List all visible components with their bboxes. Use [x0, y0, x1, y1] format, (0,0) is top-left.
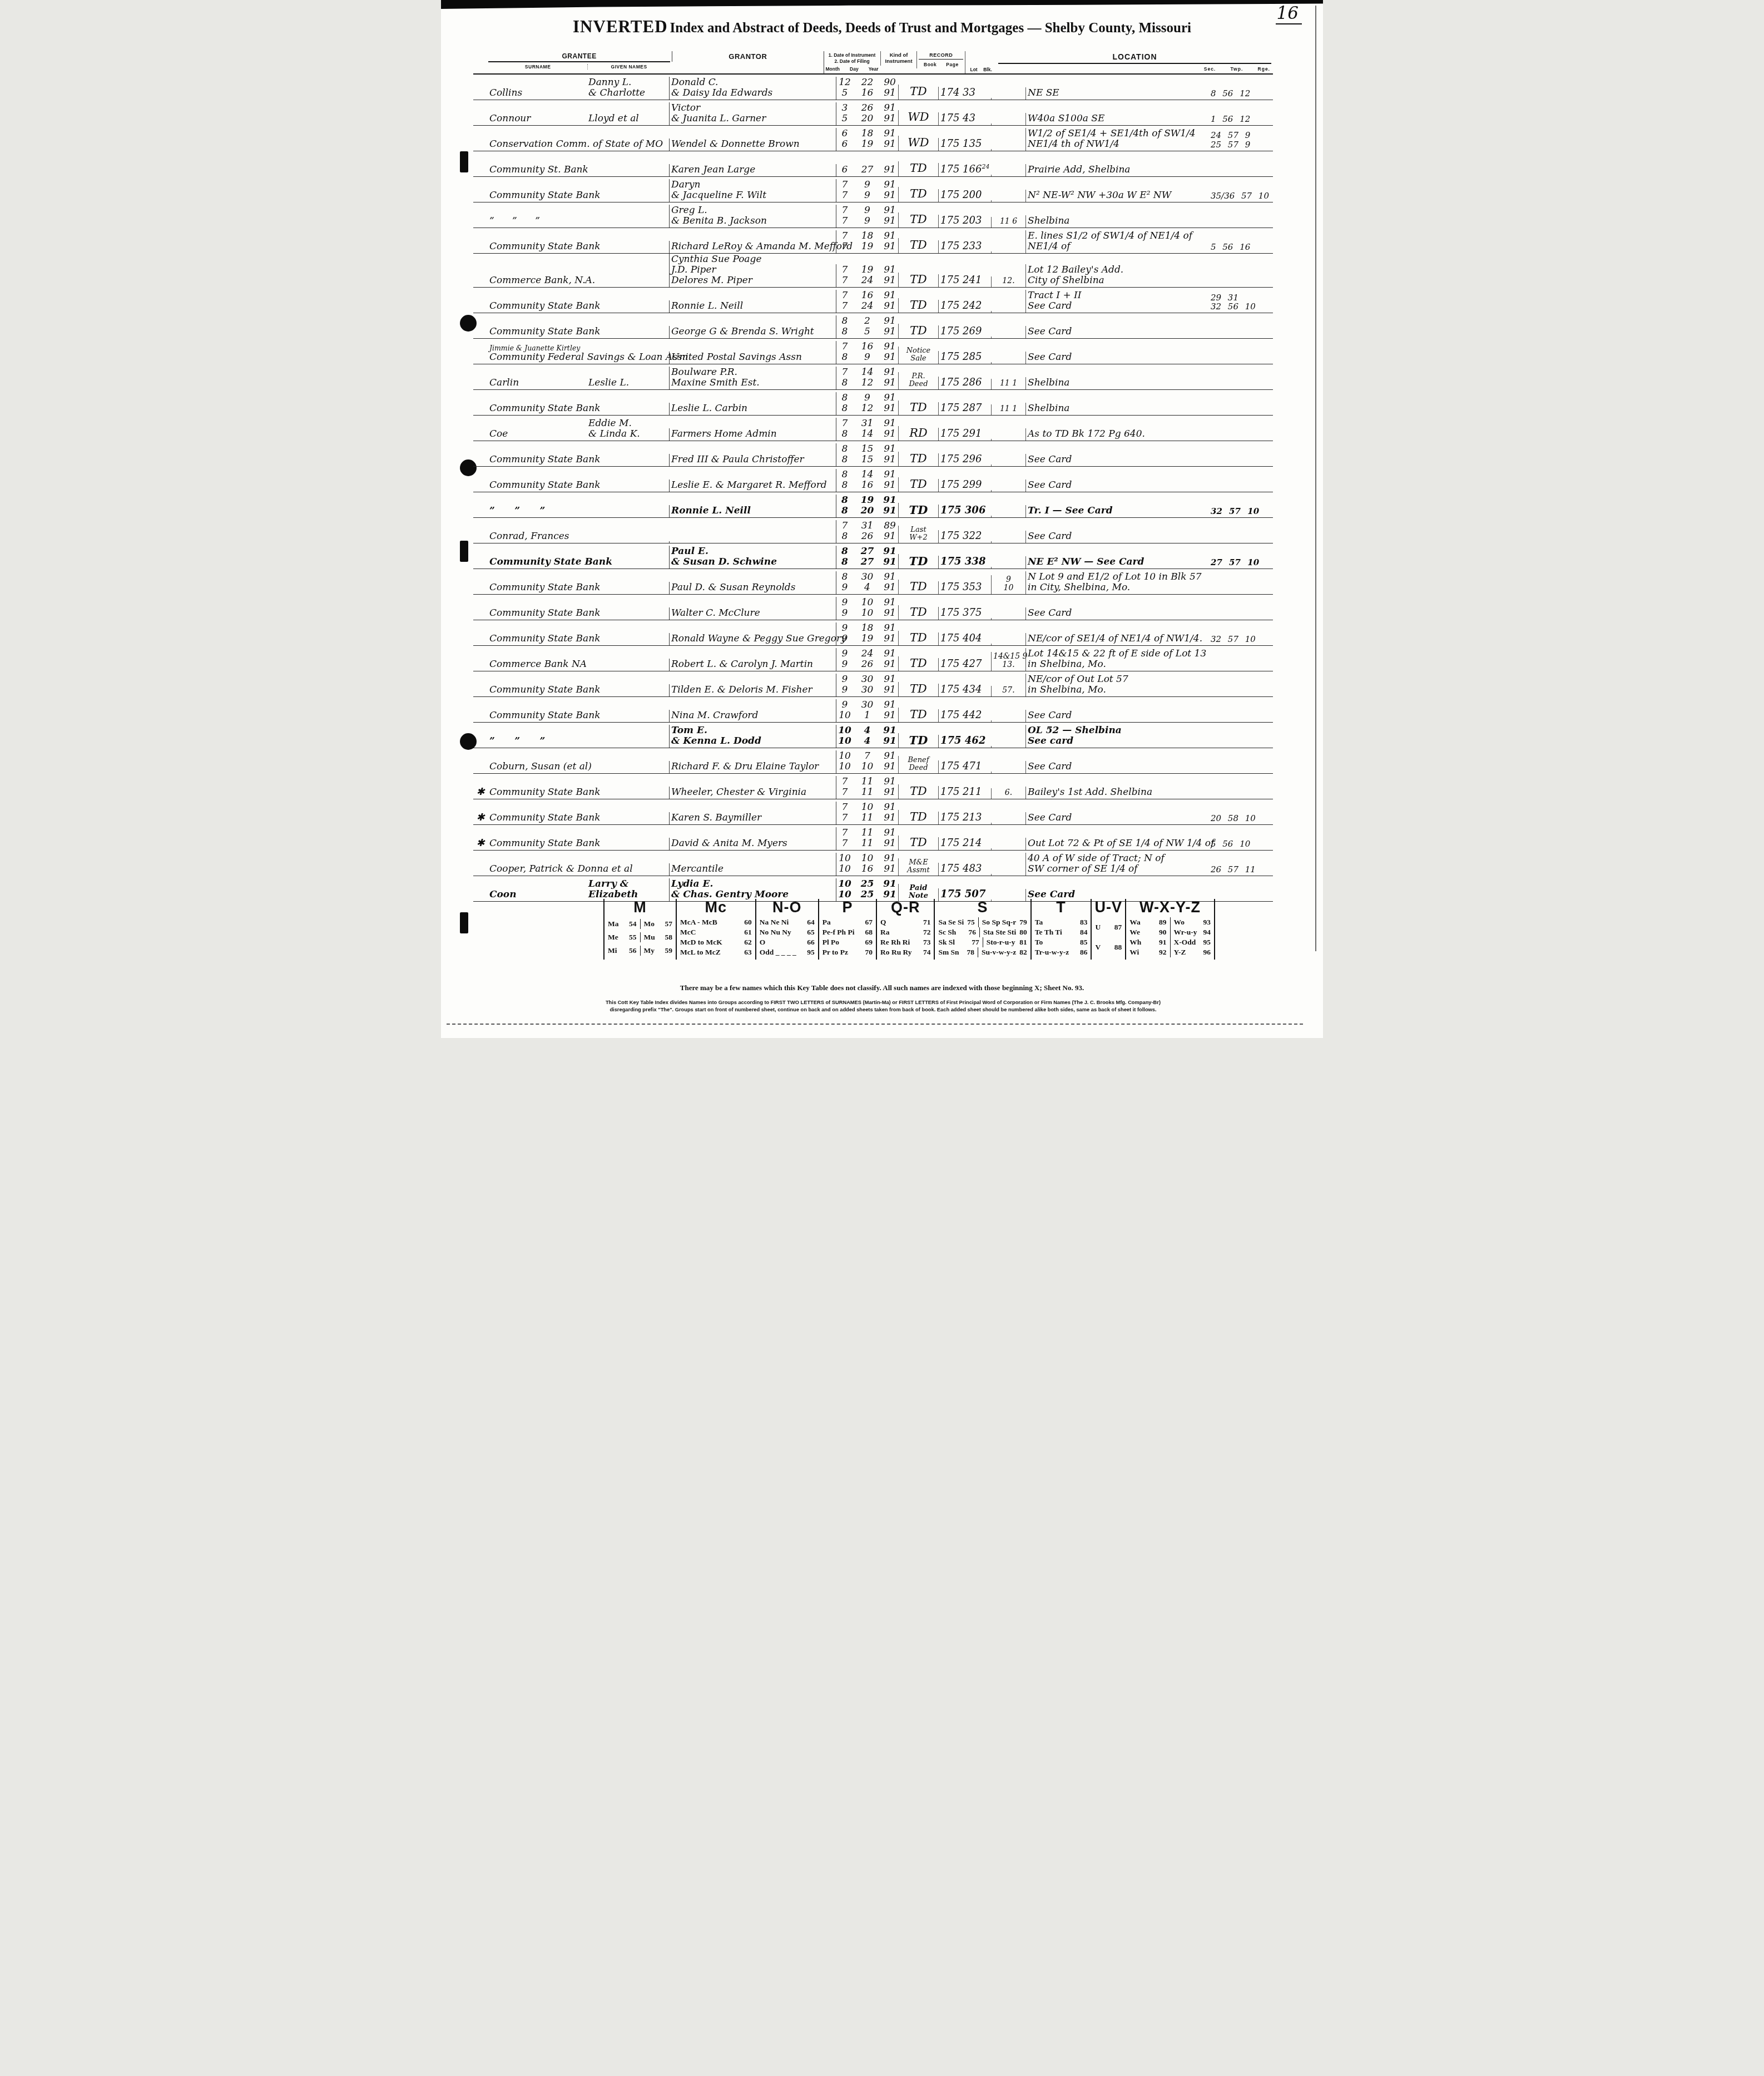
row-mark	[473, 388, 488, 389]
key-entry-number: 87	[1114, 923, 1122, 932]
key-row: Sk Sl77Sto-r-u-y81	[935, 937, 1030, 947]
key-entry-number: 54	[629, 920, 637, 928]
lot-blk	[991, 362, 1025, 364]
grantee-surname: Community State Bank	[488, 556, 587, 569]
table-row: Jimmie & Juanette KirtleyCommunity Feder…	[473, 339, 1273, 364]
lot-blk: 910	[991, 575, 1025, 594]
sec-twp-rge	[1209, 439, 1267, 441]
date-line: 61891	[838, 128, 896, 139]
text-line: 8 56 12	[1211, 89, 1266, 98]
header-record: RECORD Book Page	[916, 51, 965, 68]
date-part: 5	[838, 88, 851, 98]
kind-of-instrument: M&EAssmt	[898, 858, 938, 876]
key-entry-label: Mi	[608, 946, 617, 955]
text-line: 6.	[993, 789, 1024, 798]
row-mark	[473, 123, 488, 125]
key-entry-number: 92	[1159, 948, 1167, 957]
grantee-given-names	[587, 175, 669, 176]
date-part: 91	[883, 495, 896, 506]
table-row: Community State BankWalter C. McClure910…	[473, 595, 1273, 620]
text-line: in City, Shelbina, Mo.	[1028, 582, 1207, 593]
grantor: Boulware P.R.Maxine Smith Est.	[669, 367, 836, 389]
key-column: Q-RQ71Ra72Re Rh Ri73Ro Ru Ry74	[877, 899, 935, 960]
date-part: 9	[861, 393, 874, 403]
text-line: Sale	[900, 355, 936, 363]
date-part: 91	[883, 751, 896, 762]
dates: 7319181491	[836, 418, 898, 441]
key-entry-label: Pa	[822, 918, 831, 927]
location: See Card	[1025, 761, 1209, 773]
grantee-given-names	[587, 848, 669, 850]
kind-of-instrument: TD	[898, 836, 938, 851]
dates: 12229051691	[836, 77, 898, 100]
record-book-page: 175 322	[938, 530, 991, 543]
location: Lot 14&15 & 22 ft of E side of Lot 13in …	[1025, 648, 1209, 671]
table-row: ” ” ”Greg L.& Benita B. Jackson79917991T…	[473, 202, 1273, 228]
text-line: Bailey's 1st Add. Shelbina	[1028, 787, 1207, 798]
text-line: Community State Bank	[489, 241, 585, 252]
text-line: TD	[900, 734, 936, 747]
location: See Card	[1025, 531, 1209, 543]
date-part: 91	[883, 216, 896, 226]
text-line: 11 1	[993, 379, 1024, 388]
dates: 79917991	[836, 205, 898, 228]
grantee-given-names	[587, 720, 669, 722]
grantor: Daryn& Jacqueline F. Wilt	[669, 179, 836, 202]
date-line: 91891	[838, 623, 896, 634]
sec-twp-rge: 32 57 10	[1209, 506, 1267, 517]
date-part: 12	[838, 77, 851, 88]
table-row: Coburn, Susan (et al)Richard F. & Dru El…	[473, 748, 1273, 774]
date-part: 26	[861, 659, 874, 670]
grantee-surname: Community State Bank	[488, 607, 587, 620]
row-mark	[473, 175, 488, 176]
date-line: 72491	[838, 275, 896, 286]
table-row: Community State BankFred III & Paula Chr…	[473, 441, 1273, 467]
text-line: TD	[900, 187, 936, 201]
sec-twp-rge	[1209, 541, 1267, 543]
key-row: Re Rh Ri73	[877, 937, 934, 947]
key-row: McA - McB60	[677, 917, 755, 927]
grantee-given-names: Lloyd et al	[587, 113, 669, 125]
key-row: V88	[1092, 942, 1125, 952]
header-rge: Rge.	[1258, 66, 1270, 72]
key-entry: Sk Sl77	[935, 937, 982, 947]
dates: 830919491	[836, 571, 898, 594]
key-column-header: P	[819, 899, 876, 917]
date-part: 30	[861, 700, 874, 710]
date-part: 9	[861, 205, 874, 216]
date-part: 91	[883, 316, 896, 327]
date-part: 9	[838, 649, 851, 659]
key-entry: Q71	[877, 917, 934, 927]
date-part: 91	[883, 582, 896, 593]
text-line: Shelbina	[1028, 378, 1207, 388]
key-table: MMa54Mo57Me55Mu58Mi56My59McMcA - McB60Mc…	[603, 899, 1215, 960]
grantee-given-names: Eddie M.& Linda K.	[587, 418, 669, 441]
date-line: 9491	[838, 582, 896, 593]
date-part: 19	[861, 265, 874, 275]
grantee-given-names	[587, 285, 669, 287]
location: Tr. I — See Card	[1025, 505, 1209, 517]
grantor: Paul D. & Susan Reynolds	[669, 582, 836, 594]
lot-blk	[991, 644, 1025, 645]
text-line: Deed	[900, 380, 936, 388]
key-entry-number: 71	[923, 918, 931, 927]
text-line: Community State Bank	[489, 557, 585, 567]
date-line: 8291	[838, 316, 896, 327]
location: See Card	[1025, 326, 1209, 338]
dates: 9249192691	[836, 648, 898, 671]
key-entry: Te Th Ti84	[1032, 927, 1091, 937]
key-row: To85	[1032, 937, 1091, 947]
key-entry-label: Wa	[1129, 918, 1141, 927]
grantee-given-names	[587, 337, 669, 338]
text-line: Community State Bank	[489, 327, 585, 337]
date-line: 8991	[838, 393, 896, 403]
key-row: Mi56My59	[604, 946, 676, 956]
text-line: Richard LeRoy & Amanda M. Mefford	[671, 241, 834, 252]
text-line: Collins	[489, 88, 585, 98]
text-line: Community State Bank	[489, 480, 585, 491]
key-entry: Wh91	[1126, 937, 1170, 947]
text-line: See Card	[1028, 454, 1207, 465]
text-line: N Lot 9 and E1/2 of Lot 10 in Blk 57	[1028, 572, 1207, 582]
footer-line1: This Cott Key Table Index divides Names …	[480, 999, 1286, 1006]
text-line: Community State Bank	[489, 301, 585, 312]
date-part: 30	[861, 572, 874, 582]
date-part: 10	[861, 608, 874, 619]
key-row: Pe-f Ph Pi68	[819, 927, 876, 937]
location: See Card	[1025, 607, 1209, 620]
kind-of-instrument: TD	[898, 605, 938, 620]
key-row: Ta83	[1032, 917, 1091, 927]
grantee-given-names	[587, 746, 669, 748]
grantor: David & Anita M. Myers	[669, 838, 836, 850]
kind-of-instrument: TD	[898, 503, 938, 518]
date-part: 91	[883, 103, 896, 113]
date-part: 91	[883, 546, 896, 557]
bottom-dashed-rule	[447, 1024, 1303, 1025]
key-column: McMcA - McB60McC61McD to McK62McL to McZ…	[677, 899, 756, 960]
date-line: 82791	[838, 557, 896, 567]
date-line: 93091	[838, 685, 896, 695]
date-part: 10	[838, 710, 851, 721]
grantee-surname: Community St. Bank	[488, 164, 587, 176]
text-line: TD	[900, 631, 936, 645]
kind-of-instrument: NoticeSale	[898, 347, 938, 364]
key-row: We90Wr-u-y94	[1126, 927, 1214, 937]
key-entry-number: 95	[1203, 938, 1211, 947]
lot-blk	[991, 823, 1025, 824]
key-entry-number: 83	[1080, 918, 1088, 927]
table-row: CarlinLeslie L.Boulware P.R.Maxine Smith…	[473, 364, 1273, 390]
grantee-surname: Community State Bank	[488, 710, 587, 722]
sec-twp-rge: 32 57 10	[1209, 634, 1267, 645]
dates: 9189191991	[836, 622, 898, 645]
kind-of-instrument: TD	[898, 554, 938, 569]
table-row: Community State BankGeorge G & Brenda S.…	[473, 313, 1273, 339]
row-mark	[473, 746, 488, 748]
date-part: 91	[883, 710, 896, 721]
key-entry-label: Sa Se Si	[938, 918, 964, 927]
key-row: Sa Se Si75So Sp Sq-r79	[935, 917, 1030, 927]
key-entry-number: 65	[807, 928, 815, 937]
row-mark	[473, 226, 488, 228]
date-part: 27	[861, 557, 874, 567]
key-entry-number: 56	[629, 946, 637, 955]
row-mark	[473, 149, 488, 151]
date-part: 8	[838, 480, 851, 491]
text-line: TD	[900, 683, 936, 696]
text-line: Community State Bank	[489, 813, 585, 823]
text-line: WD	[900, 111, 936, 124]
date-line: 101091	[838, 762, 896, 772]
date-part: 91	[883, 128, 896, 139]
date-part: 8	[838, 495, 851, 506]
grantee-surname: Commerce Bank NA	[488, 659, 587, 671]
key-entry-number: 67	[865, 918, 873, 927]
table-row: Cooper, Patrick & Donna et alMercantile1…	[473, 851, 1273, 876]
date-part: 11	[861, 777, 874, 787]
location: 40 A of W side of Tract; N ofSW corner o…	[1025, 853, 1209, 876]
date-line: 10491	[838, 725, 896, 736]
date-part: 7	[838, 521, 851, 531]
key-entry-label: Sk Sl	[938, 938, 955, 947]
date-part: 91	[883, 480, 896, 491]
row-mark	[473, 413, 488, 415]
dates: 3269152091	[836, 102, 898, 125]
row-mark	[473, 490, 488, 492]
location: See Card	[1025, 352, 1209, 364]
date-line: 10191	[838, 710, 896, 721]
text-line: Leslie E. & Margaret R. Mefford	[671, 480, 834, 491]
key-column: MMa54Mo57Me55Mu58Mi56My59	[604, 899, 677, 960]
text-line: Cynthia Sue Poage	[671, 254, 834, 265]
key-entry-number: 77	[972, 938, 979, 947]
text-line: Coburn, Susan (et al)	[489, 762, 585, 772]
text-line: George G & Brenda S. Wright	[671, 327, 834, 337]
text-line: Mercantile	[671, 864, 834, 874]
date-part: 8	[838, 352, 851, 363]
sec-twp-rge	[1209, 413, 1267, 415]
date-part: 91	[883, 444, 896, 454]
lot-blk	[991, 746, 1025, 748]
kind-of-instrument: TD	[898, 477, 938, 492]
text-line: Prairie Add, Shelbina	[1028, 165, 1207, 175]
location: E. lines S1/2 of SW1/4 of NE1/4 ofNE1/4 …	[1025, 230, 1209, 253]
kind-of-instrument: TD	[898, 161, 938, 176]
date-part: 91	[883, 113, 896, 124]
key-entry-number: 81	[1019, 938, 1027, 947]
key-entry: Tr-u-w-y-z86	[1032, 947, 1091, 957]
date-part: 16	[861, 864, 874, 874]
text-line: Community State Bank	[489, 710, 585, 721]
sec-twp-rge: 20 58 10	[1209, 813, 1267, 824]
record-book-page: 175 16624	[938, 163, 991, 176]
date-part: 91	[883, 557, 896, 567]
text-line: Paul D. & Susan Reynolds	[671, 582, 834, 593]
sec-twp-rge: 29 3132 56 10	[1209, 293, 1267, 313]
grantee-surname: Cooper, Patrick & Donna et al	[488, 863, 587, 876]
key-entry: McC61	[677, 927, 755, 937]
date-part: 91	[883, 403, 896, 414]
key-row: McL to McZ63	[677, 947, 755, 957]
table-row: ” ” ”Ronnie L. Neill8199182091TD175 306T…	[473, 492, 1273, 518]
date-line: 61991	[838, 139, 896, 150]
text-line: Commerce Bank, N.A.	[489, 275, 585, 286]
text-line: Walter C. McClure	[671, 608, 834, 619]
text-line: Fred III & Paula Christoffer	[671, 454, 834, 465]
date-part: 91	[883, 88, 896, 98]
date-part: 91	[883, 327, 896, 337]
key-entry: Na Ne Ni64	[756, 917, 818, 927]
sec-twp-rge	[1209, 746, 1267, 748]
text-line: As to TD Bk 172 Pg 640.	[1028, 429, 1207, 439]
grantee-surname: Community State Bank	[488, 838, 587, 850]
date-part: 8	[838, 429, 851, 439]
key-entry: Ma54	[604, 919, 640, 929]
text-line: Last	[900, 526, 936, 534]
date-part: 91	[883, 813, 896, 823]
date-part: 16	[861, 480, 874, 491]
text-line: 1 56 12	[1211, 115, 1266, 124]
date-part: 91	[883, 572, 896, 582]
text-line: TD	[900, 810, 936, 824]
text-line: TD	[900, 606, 936, 619]
table-row: CollinsDanny L.& CharlotteDonald C.& Dai…	[473, 75, 1273, 100]
binder-hole	[460, 151, 468, 172]
key-entry: Pa67	[819, 917, 876, 927]
date-part: 7	[861, 751, 874, 762]
record-book-page: 175 213	[938, 812, 991, 824]
text-line: Assmt	[900, 867, 936, 874]
key-entry-label: McD to McK	[680, 938, 722, 947]
table-row: ConnourLloyd et alVictor& Juanita L. Gar…	[473, 100, 1273, 126]
text-line: Community State Bank	[489, 454, 585, 465]
date-part: 91	[883, 853, 896, 864]
text-line: SW corner of SE 1/4 of	[1028, 864, 1207, 874]
text-line: TD	[900, 708, 936, 721]
header-grantee: GRANTEE SURNAME GIVEN NAMES	[487, 51, 672, 71]
date-part: 7	[838, 777, 851, 787]
kind-of-instrument: RD	[898, 426, 938, 441]
text-line: TD	[900, 162, 936, 175]
date-part: 8	[838, 316, 851, 327]
grantee-given-names	[587, 516, 669, 517]
date-part: 7	[838, 190, 851, 201]
date-line: 92691	[838, 659, 896, 670]
row-mark	[473, 899, 488, 901]
date-line: 101691	[838, 864, 896, 874]
date-part: 25	[861, 879, 874, 889]
key-column-body: Wa89Wo93We90Wr-u-y94Wh91X-Odd95Wi92Y-Z96	[1126, 917, 1214, 960]
date-line: 52091	[838, 113, 896, 124]
date-part: 14	[861, 429, 874, 439]
key-entry-label: V	[1095, 943, 1101, 952]
grantee-surname: Conrad, Frances	[488, 531, 587, 543]
text-line: 14&15 9	[993, 653, 1024, 661]
location: W40a S100a SE	[1025, 113, 1209, 125]
kind-of-instrument: TD	[898, 580, 938, 595]
record-book-page: 175 285	[938, 351, 991, 364]
date-part: 91	[883, 802, 896, 813]
lot-blk	[991, 337, 1025, 338]
date-part: 8	[838, 557, 851, 567]
date-part: 19	[861, 634, 874, 644]
date-part: 24	[861, 301, 874, 312]
date-part: 7	[838, 216, 851, 226]
grantee-surname: Coon	[488, 889, 587, 901]
record-book-page: 175 287	[938, 402, 991, 415]
key-entry: Sta Ste Sti80	[979, 927, 1030, 937]
key-entry-number: 91	[1159, 938, 1167, 947]
text-line: 32 57 10	[1211, 507, 1266, 516]
scan-artifact-right-edge	[1315, 6, 1316, 951]
key-entry-number: 86	[1080, 948, 1088, 957]
key-entry-number: 85	[1080, 938, 1088, 947]
text-line: Leslie L. Carbin	[671, 403, 834, 414]
date-part: 12	[861, 403, 874, 414]
date-part: 8	[838, 531, 851, 542]
lot-blk: 11 6	[991, 217, 1025, 228]
date-line: 72491	[838, 301, 896, 312]
date-line: 7991	[838, 180, 896, 190]
grantor: Wendel & Donnette Brown	[669, 139, 836, 151]
text-line: See Card	[1028, 480, 1207, 491]
sec-twp-rge	[1209, 337, 1267, 338]
record-book-page: 175 483	[938, 863, 991, 876]
location: See Card	[1025, 480, 1209, 492]
text-line: Jimmie & Juanette Kirtley	[489, 344, 585, 352]
key-entry-number: 76	[969, 928, 977, 937]
grantee-given-names	[587, 797, 669, 799]
date-part: 89	[883, 521, 896, 531]
key-entry-label: Tr-u-w-y-z	[1035, 948, 1069, 957]
grantee-given-names	[587, 200, 669, 202]
text-line: Karen Jean Large	[671, 165, 834, 175]
lot-blk: 57.	[991, 686, 1025, 696]
date-part: 30	[861, 674, 874, 685]
date-part: 8	[838, 506, 851, 516]
key-entry: Wo93	[1170, 917, 1214, 927]
key-row: Ma54Mo57	[604, 919, 676, 929]
lot-blk	[991, 251, 1025, 253]
date-part: 18	[861, 623, 874, 634]
table-row: ✱Community State BankDavid & Anita M. My…	[473, 825, 1273, 851]
header-location-label: LOCATION	[998, 52, 1271, 61]
key-entry-label: Odd _ _ _ _	[760, 948, 796, 957]
header-kind-line2: Instrument	[885, 58, 913, 65]
grantor: Tom E.& Kenna L. Dodd	[669, 725, 836, 748]
date-part: 91	[883, 290, 896, 301]
date-part: 7	[838, 231, 851, 241]
date-line: 101091	[838, 853, 896, 864]
key-entry-label: Sm Sn	[938, 948, 959, 957]
key-row: McD to McK62	[677, 937, 755, 947]
text-line: & Daisy Ida Edwards	[671, 88, 834, 98]
date-part: 27	[861, 546, 874, 557]
date-part: 91	[883, 649, 896, 659]
date-part: 15	[861, 454, 874, 465]
dates: 82918591	[836, 315, 898, 338]
header-twp: Twp.	[1231, 66, 1243, 72]
key-column-header: U-V	[1092, 899, 1125, 917]
date-part: 91	[883, 828, 896, 838]
text-line: Wendel & Donnette Brown	[671, 139, 834, 150]
text-line: Larry &	[588, 879, 667, 889]
key-entry-number: 61	[744, 928, 752, 937]
